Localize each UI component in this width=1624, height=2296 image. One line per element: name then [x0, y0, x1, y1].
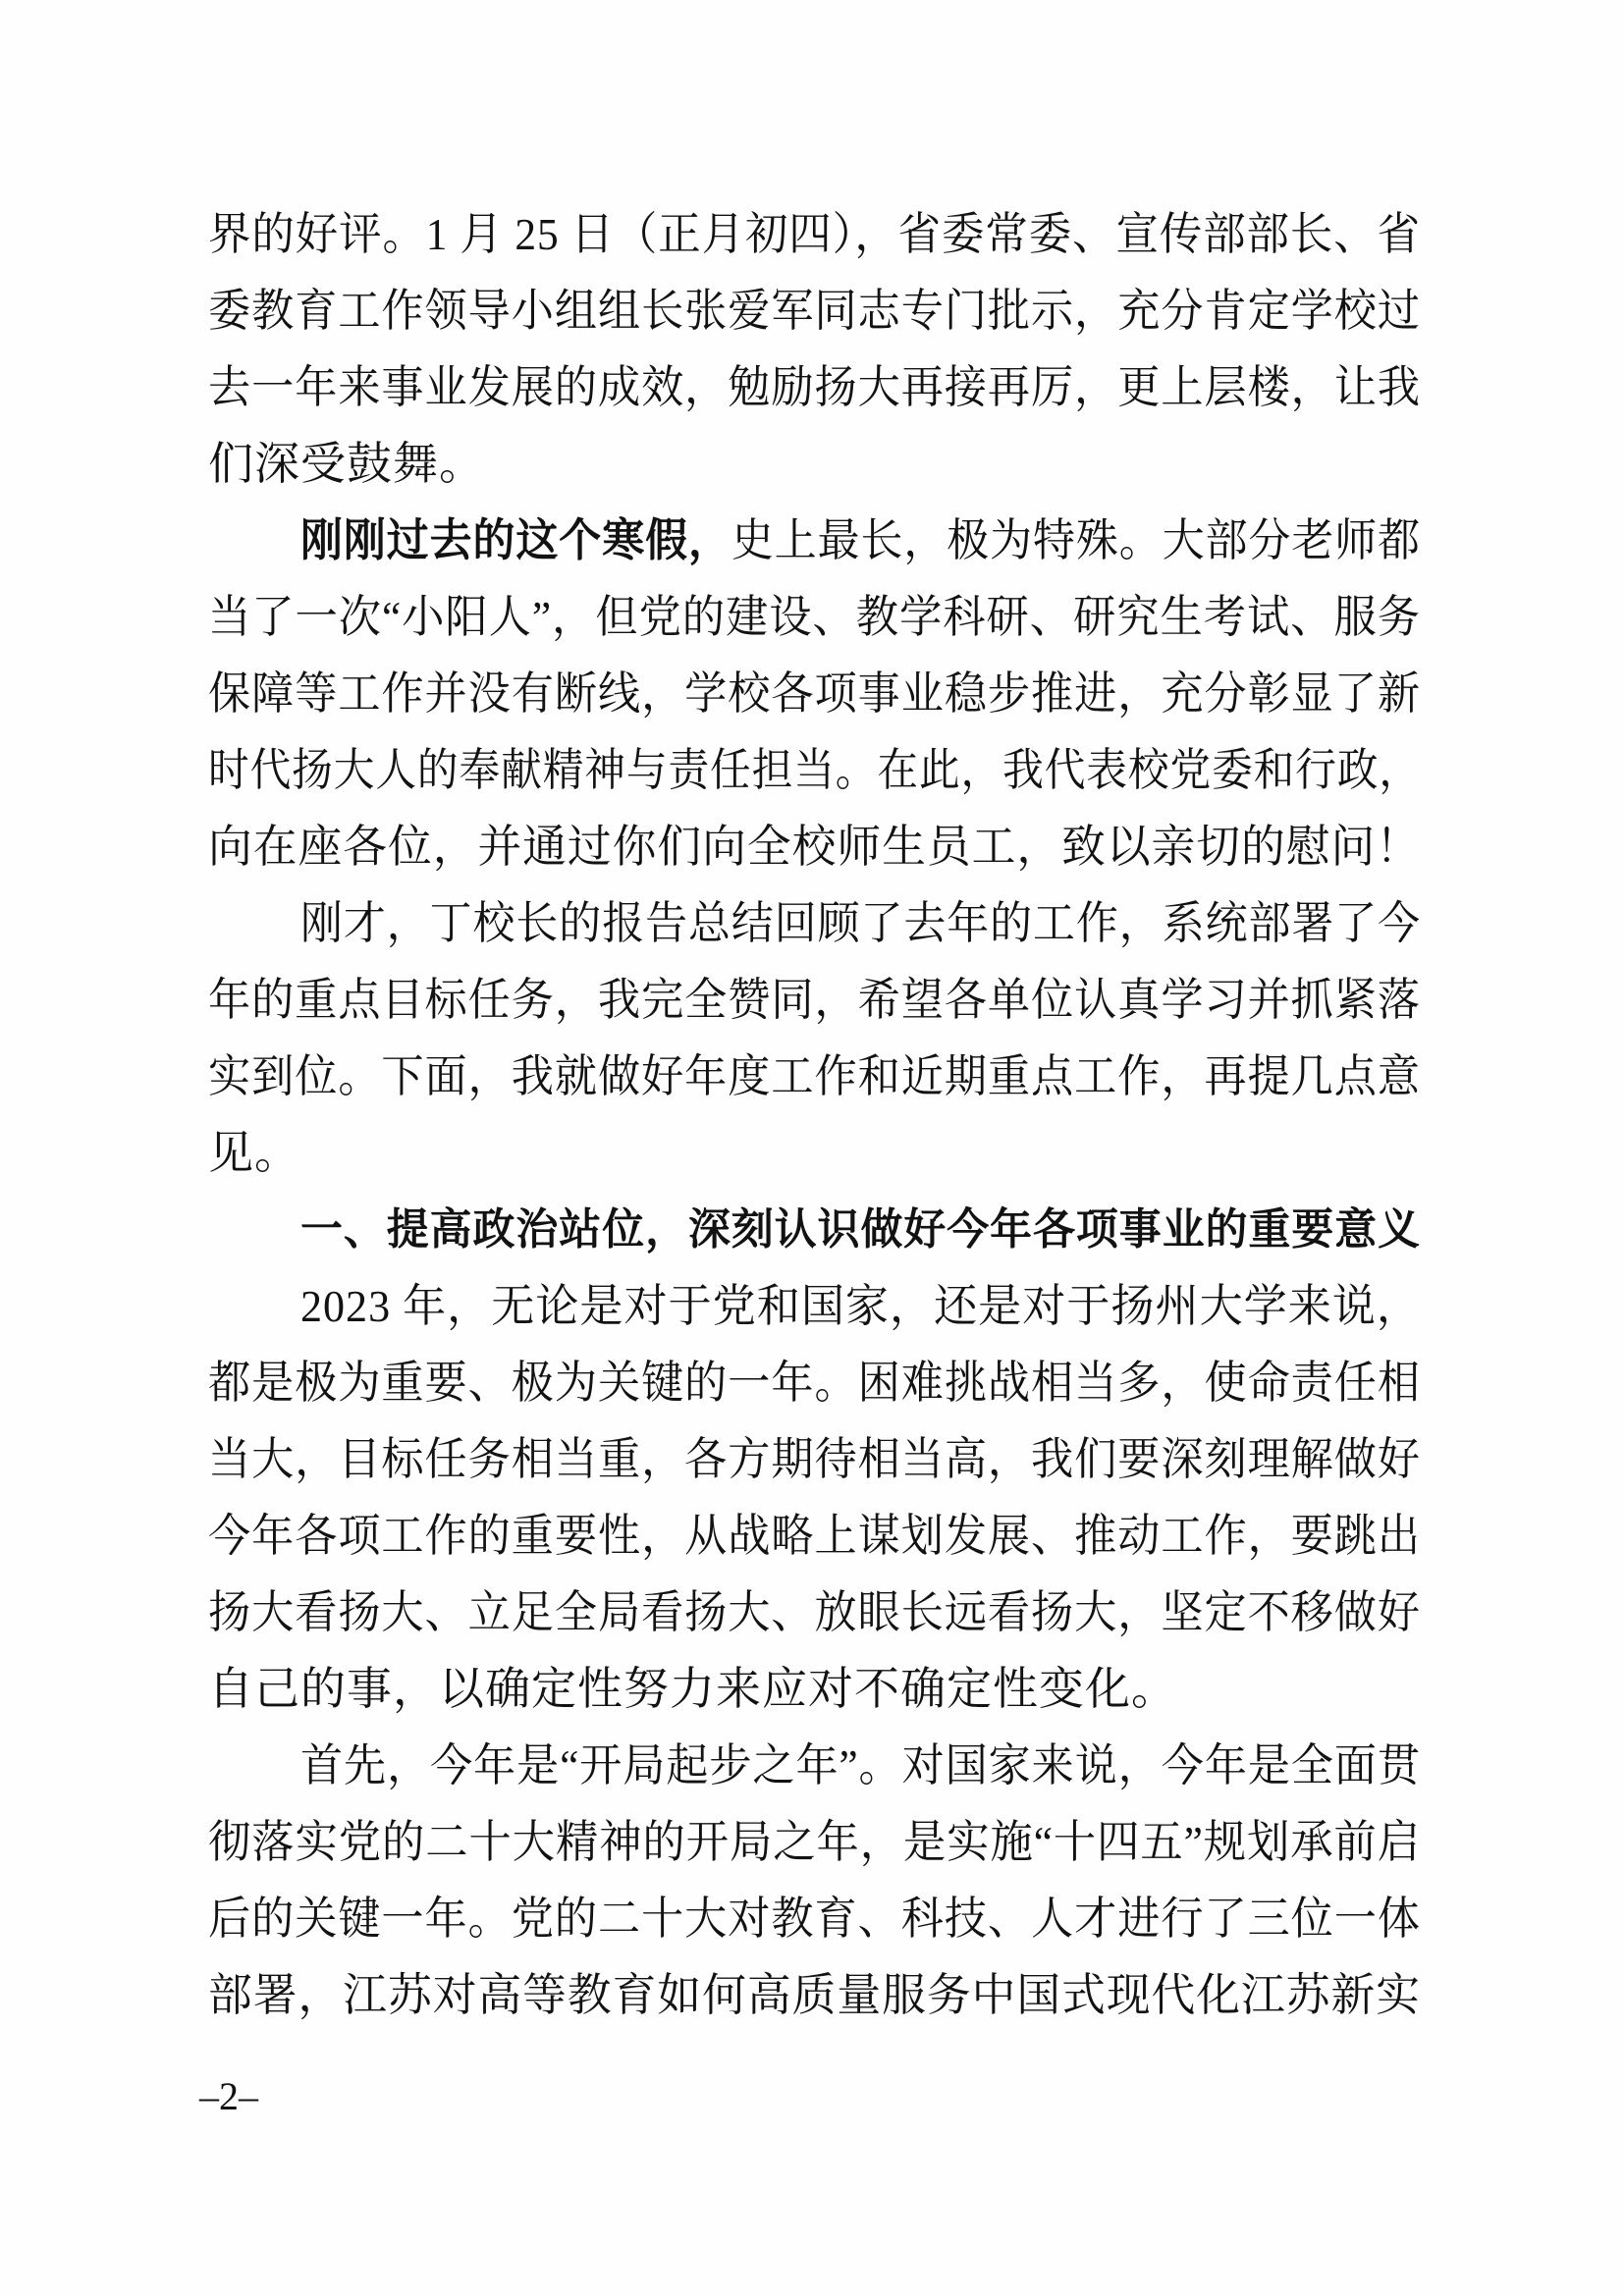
line-content: 2023 年，无论是对于党和国家，还是对于扬州大学来说，: [300, 1268, 1421, 1345]
text-line: 见。: [208, 1115, 1421, 1192]
text-segment: 都是极为重要、极为关键的一年。困难挑战相当多，使命责任相: [208, 1358, 1421, 1408]
line-content: 今年各项工作的重要性，从战略上谋划发展、推动工作，要跳出: [208, 1498, 1421, 1575]
line-content: 见。: [208, 1115, 300, 1192]
text-segment: 首先，今年是“开局起步之年”。对国家来说，今年是全面贯: [300, 1740, 1421, 1790]
text-line: 实到位。下面，我就做好年度工作和近期重点工作，再提几点意: [208, 1039, 1421, 1115]
text-line: 向在座各位，并通过你们向全校师生员工，致以亲切的慰问！: [208, 809, 1421, 885]
text-line: 扬大看扬大、立足全局看扬大、放眼长远看扬大，坚定不移做好: [208, 1575, 1421, 1651]
text-line: 当大，目标任务相当重，各方期待相当高，我们要深刻理解做好: [208, 1421, 1421, 1498]
line-content: 当了一次“小阳人”，但党的建设、教学科研、研究生考试、服务: [208, 579, 1421, 656]
text-segment: 扬大看扬大、立足全局看扬大、放眼长远看扬大，坚定不移做好: [208, 1587, 1421, 1637]
line-content: 实到位。下面，我就做好年度工作和近期重点工作，再提几点意: [208, 1039, 1421, 1115]
document-page: 界的好评。1 月 25 日（正月初四），省委常委、宣传部部长、省委教育工作领导小…: [0, 0, 1624, 2296]
page-number: –2–: [199, 2073, 258, 2119]
document-body: 界的好评。1 月 25 日（正月初四），省委常委、宣传部部长、省委教育工作领导小…: [208, 196, 1421, 2034]
text-segment: 当了一次“小阳人”，但党的建设、教学科研、研究生考试、服务: [208, 592, 1421, 642]
text-segment: 部署，江苏对高等教育如何高质量服务中国式现代化江苏新实: [208, 1970, 1421, 2020]
line-content: 自己的事，以确定性努力来应对不确定性变化。: [208, 1651, 1177, 1728]
text-line: 年的重点目标任务，我完全赞同，希望各单位认真学习并抓紧落: [208, 962, 1421, 1039]
text-line: 当了一次“小阳人”，但党的建设、教学科研、研究生考试、服务: [208, 579, 1421, 656]
text-segment: 界的好评。1 月 25 日（正月初四），省委常委、宣传部部长、省: [208, 209, 1421, 259]
line-content: 部署，江苏对高等教育如何高质量服务中国式现代化江苏新实: [208, 1957, 1421, 2034]
line-content: 刚刚过去的这个寒假，史上最长，极为特殊。大部分老师都: [300, 503, 1421, 579]
text-segment: 见。: [208, 1128, 300, 1178]
text-segment: 一、提高政治站位，深刻认识做好今年各项事业的重要意义: [300, 1205, 1421, 1254]
text-line: 们深受鼓舞。: [208, 426, 1421, 503]
text-segment: 史上最长，极为特殊。大部分老师都: [731, 515, 1421, 565]
text-line: 2023 年，无论是对于党和国家，还是对于扬州大学来说，: [208, 1268, 1421, 1345]
line-content: 首先，今年是“开局起步之年”。对国家来说，今年是全面贯: [300, 1728, 1421, 1804]
line-content: 扬大看扬大、立足全局看扬大、放眼长远看扬大，坚定不移做好: [208, 1575, 1421, 1651]
line-content: 后的关键一年。党的二十大对教育、科技、人才进行了三位一体: [208, 1881, 1421, 1957]
line-content: 刚才，丁校长的报告总结回顾了去年的工作，系统部署了今: [300, 885, 1421, 962]
bold-text-segment: 刚刚过去的这个寒假，: [300, 515, 731, 565]
text-segment: 自己的事，以确定性努力来应对不确定性变化。: [208, 1664, 1177, 1714]
text-segment: 实到位。下面，我就做好年度工作和近期重点工作，再提几点意: [208, 1051, 1421, 1101]
text-segment: 年的重点目标任务，我完全赞同，希望各单位认真学习并抓紧落: [208, 975, 1421, 1025]
line-content: 一、提高政治站位，深刻认识做好今年各项事业的重要意义: [300, 1192, 1421, 1268]
text-segment: 们深受鼓舞。: [208, 439, 485, 489]
text-line: 都是极为重要、极为关键的一年。困难挑战相当多，使命责任相: [208, 1345, 1421, 1421]
text-line: 后的关键一年。党的二十大对教育、科技、人才进行了三位一体: [208, 1881, 1421, 1957]
line-content: 年的重点目标任务，我完全赞同，希望各单位认真学习并抓紧落: [208, 962, 1421, 1039]
text-line: 界的好评。1 月 25 日（正月初四），省委常委、宣传部部长、省: [208, 196, 1421, 273]
text-segment: 今年各项工作的重要性，从战略上谋划发展、推动工作，要跳出: [208, 1511, 1421, 1561]
text-line: 今年各项工作的重要性，从战略上谋划发展、推动工作，要跳出: [208, 1498, 1421, 1575]
line-content: 当大，目标任务相当重，各方期待相当高，我们要深刻理解做好: [208, 1421, 1421, 1498]
text-line: 刚刚过去的这个寒假，史上最长，极为特殊。大部分老师都: [208, 503, 1421, 579]
text-segment: 当大，目标任务相当重，各方期待相当高，我们要深刻理解做好: [208, 1434, 1421, 1484]
text-line: 去一年来事业发展的成效，勉励扬大再接再厉，更上层楼，让我: [208, 349, 1421, 426]
line-content: 向在座各位，并通过你们向全校师生员工，致以亲切的慰问！: [208, 809, 1421, 885]
text-line: 委教育工作领导小组组长张爱军同志专门批示，充分肯定学校过: [208, 273, 1421, 349]
text-segment: 保障等工作并没有断线，学校各项事业稳步推进，充分彰显了新: [208, 668, 1421, 719]
text-segment: 向在座各位，并通过你们向全校师生员工，致以亲切的慰问！: [208, 822, 1421, 872]
line-content: 保障等工作并没有断线，学校各项事业稳步推进，充分彰显了新: [208, 656, 1421, 732]
text-line: 时代扬大人的奉献精神与责任担当。在此，我代表校党委和行政，: [208, 732, 1421, 809]
line-content: 界的好评。1 月 25 日（正月初四），省委常委、宣传部部长、省: [208, 196, 1421, 273]
line-content: 都是极为重要、极为关键的一年。困难挑战相当多，使命责任相: [208, 1345, 1421, 1421]
text-line: 部署，江苏对高等教育如何高质量服务中国式现代化江苏新实: [208, 1957, 1421, 2034]
text-line: 首先，今年是“开局起步之年”。对国家来说，今年是全面贯: [208, 1728, 1421, 1804]
text-segment: 后的关键一年。党的二十大对教育、科技、人才进行了三位一体: [208, 1894, 1421, 1944]
text-line: 自己的事，以确定性努力来应对不确定性变化。: [208, 1651, 1421, 1728]
text-segment: 时代扬大人的奉献精神与责任担当。在此，我代表校党委和行政，: [208, 745, 1421, 795]
text-line: 彻落实党的二十大精神的开局之年，是实施“十四五”规划承前启: [208, 1804, 1421, 1881]
text-segment: 彻落实党的二十大精神的开局之年，是实施“十四五”规划承前启: [208, 1817, 1421, 1867]
text-segment: 去一年来事业发展的成效，勉励扬大再接再厉，更上层楼，让我: [208, 362, 1421, 412]
line-content: 们深受鼓舞。: [208, 426, 485, 503]
line-content: 时代扬大人的奉献精神与责任担当。在此，我代表校党委和行政，: [208, 732, 1421, 809]
text-line: 刚才，丁校长的报告总结回顾了去年的工作，系统部署了今: [208, 885, 1421, 962]
text-segment: 2023 年，无论是对于党和国家，还是对于扬州大学来说，: [300, 1281, 1421, 1331]
line-content: 委教育工作领导小组组长张爱军同志专门批示，充分肯定学校过: [208, 273, 1421, 349]
section-heading: 一、提高政治站位，深刻认识做好今年各项事业的重要意义: [208, 1192, 1421, 1268]
line-content: 去一年来事业发展的成效，勉励扬大再接再厉，更上层楼，让我: [208, 349, 1421, 426]
line-content: 彻落实党的二十大精神的开局之年，是实施“十四五”规划承前启: [208, 1804, 1421, 1881]
text-line: 保障等工作并没有断线，学校各项事业稳步推进，充分彰显了新: [208, 656, 1421, 732]
text-segment: 委教育工作领导小组组长张爱军同志专门批示，充分肯定学校过: [208, 286, 1421, 336]
text-segment: 刚才，丁校长的报告总结回顾了去年的工作，系统部署了今: [300, 898, 1421, 948]
